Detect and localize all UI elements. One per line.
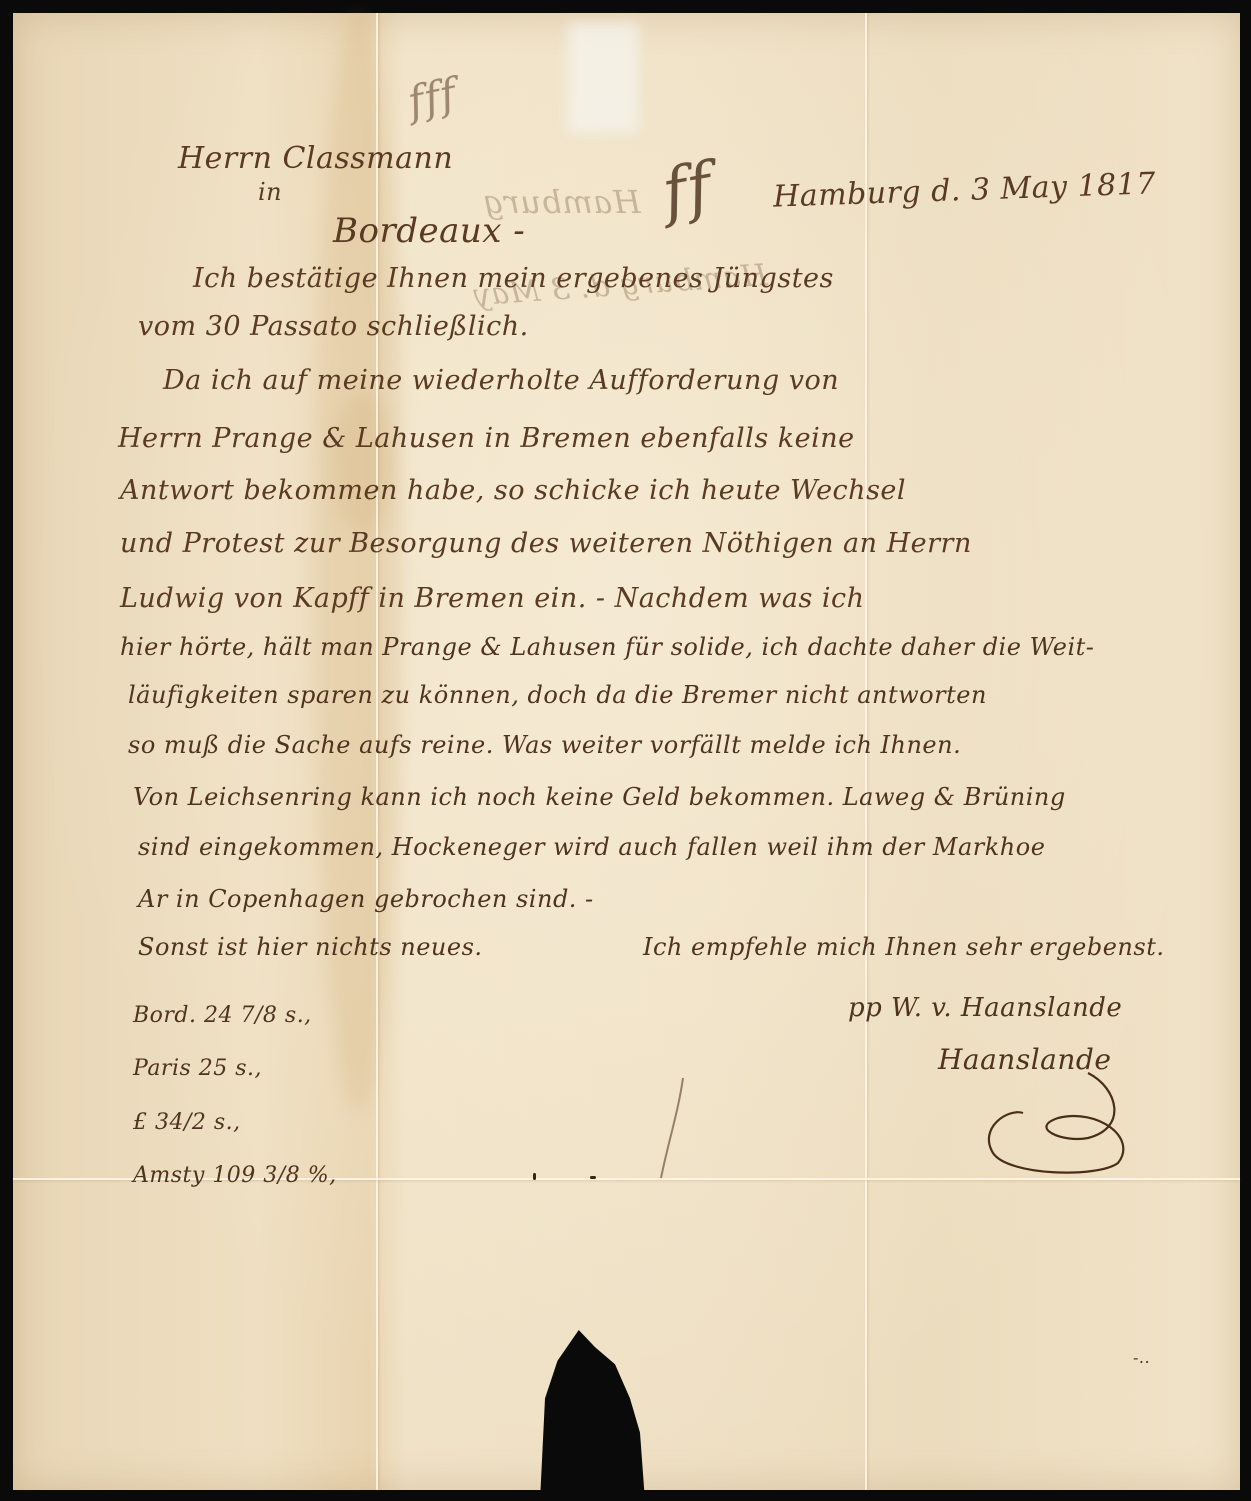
body-line: Da ich auf meine wiederholte Aufforderun… <box>163 365 839 396</box>
rate-place: Bord. <box>133 1003 197 1028</box>
white-patch <box>568 23 638 133</box>
stamp-mark-top: fff <box>403 69 460 127</box>
rate-place: £ <box>133 1110 148 1135</box>
exchange-rate: Paris 25 s., <box>133 1056 262 1081</box>
body-line: Sonst ist hier nichts neues. <box>138 933 483 961</box>
body-line: Antwort bekommen habe, so schicke ich he… <box>120 475 906 506</box>
body-line: läufigkeiten sparen zu können, doch da d… <box>128 681 987 709</box>
body-line: so muß die Sache aufs reine. Was weiter … <box>128 731 961 759</box>
body-line: Ludwig von Kapff in Bremen ein. - Nachde… <box>120 583 865 614</box>
ink-speck <box>590 1176 596 1179</box>
rate-value: 25 s., <box>199 1056 262 1081</box>
rate-place: Paris <box>133 1056 191 1081</box>
body-line: hier hörte, hält man Prange & Lahusen fü… <box>120 633 1094 661</box>
rate-value: 24 7/8 s., <box>204 1003 312 1028</box>
recipient-name: Herrn Classmann <box>178 141 453 176</box>
body-line: Herrn Prange & Lahusen in Bremen ebenfal… <box>118 423 855 454</box>
body-line: und Protest zur Besorgung des weiteren N… <box>120 528 972 559</box>
ink-speck <box>533 1173 536 1180</box>
signature-flourish-icon <box>968 1068 1138 1178</box>
recipient-city: Bordeaux - <box>333 211 525 251</box>
signature-line-1: pp W. v. Haanslande <box>848 993 1122 1023</box>
rate-value: 34/2 s., <box>155 1110 241 1135</box>
dateline: Hamburg d. 3 May 1817 <box>773 166 1157 214</box>
body-line: Von Leichsenring kann ich noch keine Gel… <box>133 783 1066 811</box>
bottom-right-mark: -.. <box>1133 1348 1150 1367</box>
letter-paper: fff Hamburg ff Hamburg d. 3 May Herrn Cl… <box>13 13 1240 1490</box>
rate-place: Amsty <box>133 1163 205 1188</box>
exchange-rate: Amsty 109 3/8 %, <box>133 1163 337 1188</box>
exchange-rate: £ 34/2 s., <box>133 1110 241 1135</box>
body-line: vom 30 Passato schließlich. <box>138 311 529 342</box>
body-line: sind eingekommen, Hockeneger wird auch f… <box>138 833 1045 861</box>
body-line: Ich bestätige Ihnen mein ergebenes Jüngs… <box>193 263 834 294</box>
stamp-mark-center: ff <box>657 149 717 230</box>
body-line: Ar in Copenhagen gebrochen sind. - <box>138 885 594 913</box>
pen-stroke-icon <box>653 1073 693 1183</box>
water-stain <box>333 393 393 533</box>
exchange-rate: Bord. 24 7/8 s., <box>133 1003 312 1028</box>
closing-line: Ich empfehle mich Ihnen sehr ergebenst. <box>643 933 1164 961</box>
rate-value: 109 3/8 %, <box>212 1163 336 1188</box>
address-preposition: in <box>258 178 282 206</box>
